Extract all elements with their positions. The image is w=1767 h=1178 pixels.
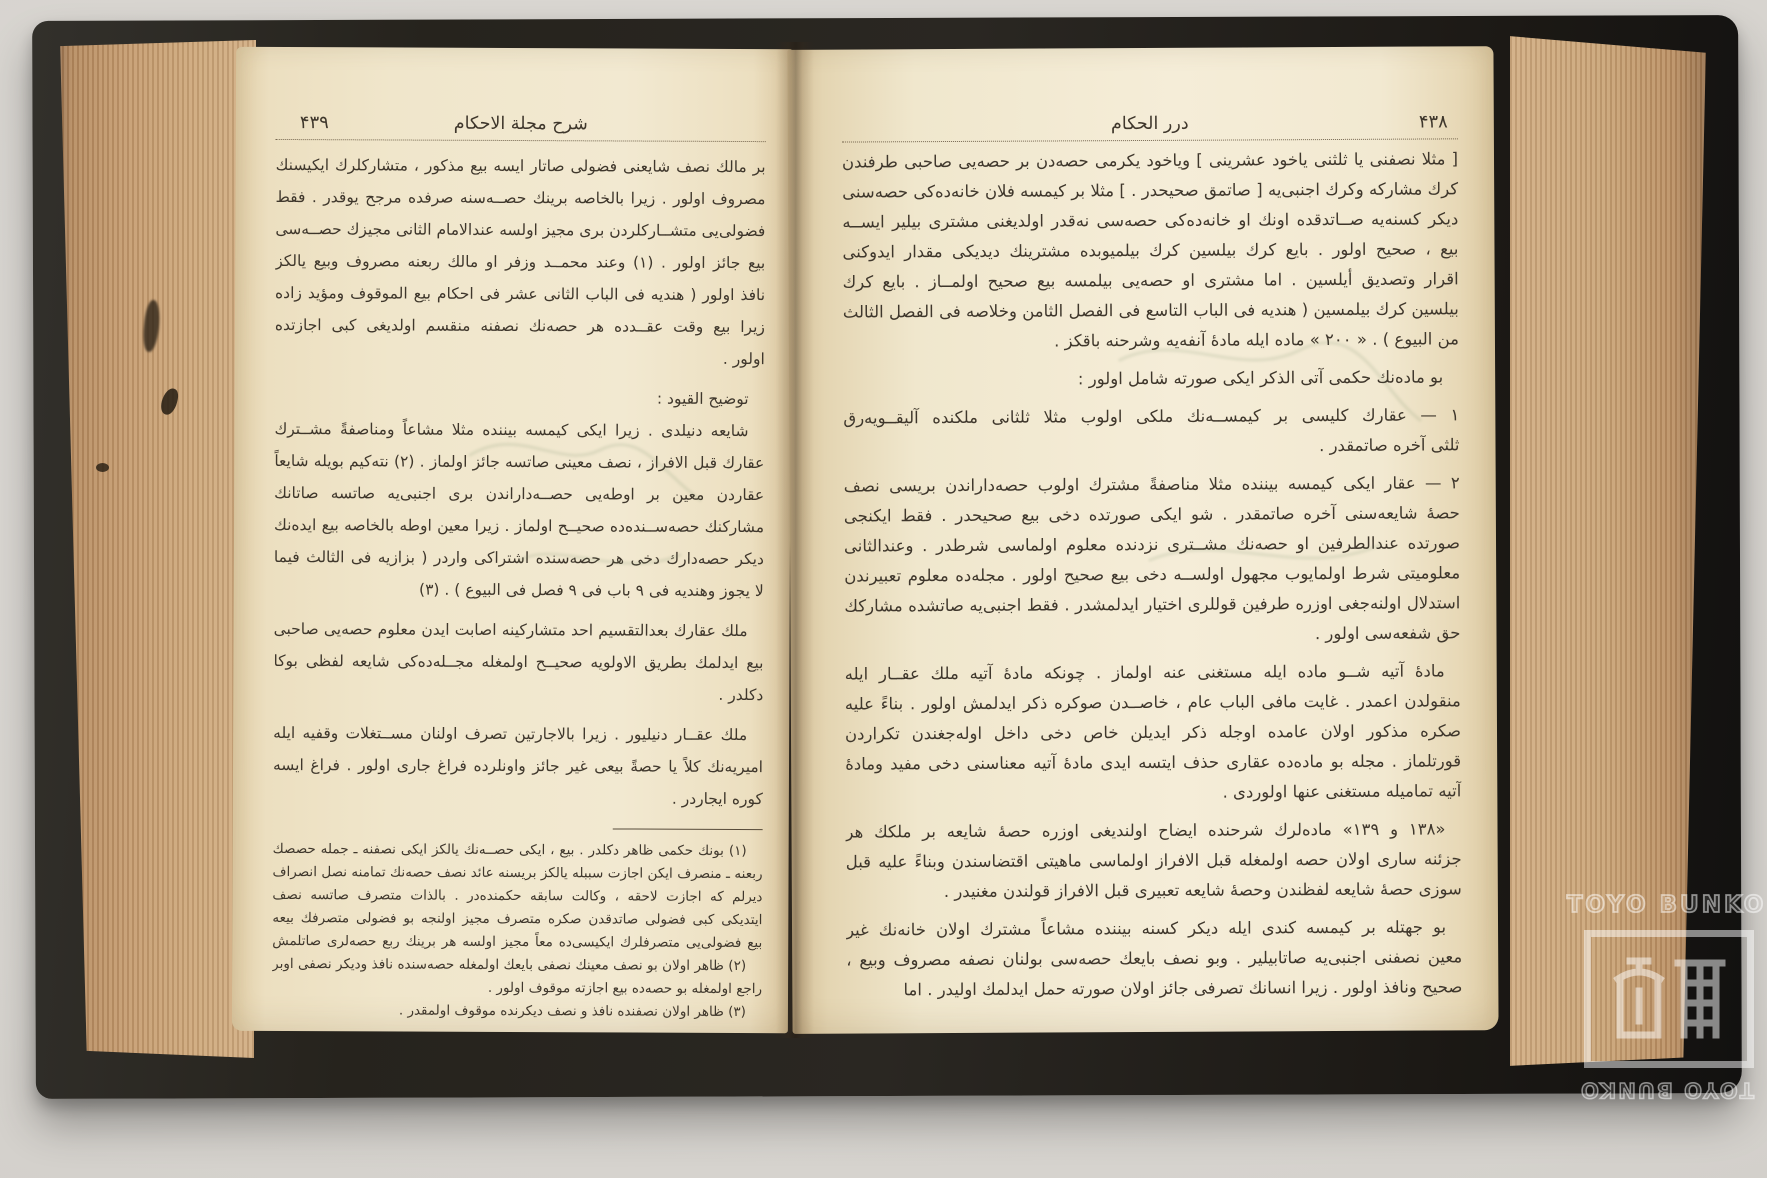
text-line: بر مالك نصف شايعنى فضولى صاتار ايسه بيع … — [276, 149, 766, 183]
text-line: ٢ — عقار ايكى كيمسه بيننده مثلا مناصفةً … — [844, 468, 1460, 501]
text-line: كوره ايجاردر . — [273, 781, 763, 815]
text-line: ديكر حصه‌دارك دخى هر حصه‌سنده اشتراكى وا… — [274, 541, 764, 575]
text-line: ديكر كسنه‌يه صــاتدقده اونك او خانه‌ده‌ك… — [842, 204, 1458, 237]
text-line: من البيوع ) . « ٢٠٠ » ماده ايله مادهٔ آن… — [843, 324, 1459, 357]
paragraph: ملك عقــار دنيليور . زيرا بالاجارتين تصر… — [273, 717, 763, 815]
text-line: بيع ايدلمك بطريق الاولويه صحيــح اولمغله… — [273, 645, 763, 679]
paragraph: (٣) ظاهر اولان نصفنده نافذ و نصف ديكرنده… — [272, 999, 762, 1024]
text-line: بيلسين كرك بيلمسين ( هنديه فى الباب التا… — [843, 294, 1459, 327]
text-line: بيع فضولى‌يى متصرفلرك ايكيسى‌ده معاً مجي… — [272, 930, 762, 955]
text-line: سوزى حصهٔ شايعه لفظندن وحصهٔ شايعه تعبير… — [846, 874, 1462, 907]
right-page: درر الحكام ۴۳۸ [ مثلا نصفنى يا ثلثنى ياخ… — [787, 46, 1498, 1034]
page-body-text: [ مثلا نصفنى يا ثلثنى ياخود عشرينى ] ويا… — [842, 144, 1462, 1005]
text-line: توضيح القيود : — [275, 381, 765, 415]
paragraph: «١٣٨ و ١٣٩» ماده‌لرك شرحنده ايضاح اولندي… — [845, 814, 1461, 907]
text-line: منقولدن اعمدر . غايت مافى الباب عام ، خا… — [845, 686, 1461, 719]
text-line: حق شفعه‌سى اولور . — [844, 618, 1460, 651]
page-number: ۴۳۹ — [300, 112, 329, 133]
paragraph: [ مثلا نصفنى يا ثلثنى ياخود عشرينى ] ويا… — [842, 144, 1459, 357]
text-line: زيرا بيع وقت عقــدده هر حصه‌نك نصفنه منق… — [275, 309, 765, 343]
paragraph: توضيح القيود : — [275, 381, 765, 415]
paragraph: مادهٔ آتيه شــو ماده ايله مستغنى عنه اول… — [845, 656, 1462, 809]
text-line: مشاركنك حصه‌ســنده‌ده صحيــح اولماز . زي… — [274, 509, 764, 543]
text-line: كرك مشاركه وكرك اجنبى‌يه [ صاتمق صحيحدر … — [842, 174, 1458, 207]
paragraph: بو جهتله بر كيمسه كندى ايله ديكر كسنه بي… — [846, 912, 1462, 1005]
text-line: بيع ، صحيح اولور . بايع كرك بيلسين كرك ب… — [842, 234, 1458, 267]
text-line: (١) بونك حكمى ظاهر دكلدر . بيع ، ايكى حص… — [273, 838, 763, 863]
page-body-text: بر مالك نصف شايعنى فضولى صاتار ايسه بيع … — [272, 149, 766, 1024]
text-line: صحيح ونافذ اولور . زيرا انسانك تصرفى جائ… — [846, 972, 1462, 1005]
text-line: عقارك قبل الافراز ، نصف معينى صاتسه جائز… — [274, 445, 764, 479]
left-page: شرح مجلة الاحكام ۴۳۹ بر مالك نصف شايعنى … — [232, 47, 792, 1033]
paragraph: (١) بونك حكمى ظاهر دكلدر . بيع ، ايكى حص… — [272, 838, 762, 955]
page-edges-right — [1510, 32, 1714, 1070]
text-line: آتيه تماميله مستغنى عنها اولوردى . — [845, 776, 1461, 809]
text-line: ربعنه ـ منصرف ايكن اجازت سببله يالكز بري… — [272, 861, 762, 886]
page-title: شرح مجلة الاحكام — [276, 113, 766, 135]
text-line: مادهٔ آتيه شــو ماده ايله مستغنى عنه اول… — [845, 656, 1461, 689]
main-text: [ مثلا نصفنى يا ثلثنى ياخود عشرينى ] ويا… — [842, 144, 1462, 1005]
paragraph: شايعه دنيلدى . زيرا ايكى كيمسه بيننده مث… — [274, 413, 765, 607]
main-text: بر مالك نصف شايعنى فضولى صاتار ايسه بيع … — [273, 149, 766, 815]
text-line: بيع جائز اولور . (١) وعند محمــد وزفر او… — [275, 245, 765, 279]
text-line: «١٣٨ و ١٣٩» ماده‌لرك شرحنده ايضاح اولندي… — [845, 814, 1461, 847]
text-line: اقرار وتصديق أيلسين . اما مشترى او حصه‌ي… — [843, 264, 1459, 297]
book: شرح مجلة الاحكام ۴۳۹ بر مالك نصف شايعنى … — [34, 18, 1740, 1096]
paragraph: (٢) ظاهر اولان بو نصف معينك نصفى بايعك ا… — [272, 953, 762, 1001]
page-title: درر الحكام — [842, 112, 1458, 135]
footnotes: (١) بونك حكمى ظاهر دكلدر . بيع ، ايكى حص… — [272, 838, 763, 1024]
text-line: اميريه‌نك كلاً يا حصةً بيعى غير جائز واو… — [273, 749, 763, 783]
text-line: نافذ اولور ( هنديه فى الباب الثانى عشر ف… — [275, 277, 765, 311]
text-line: فضولى‌يى متشــاركلردن برى مجيز اولسه عند… — [275, 213, 765, 247]
paragraph: بر مالك نصف شايعنى فضولى صاتار ايسه بيع … — [275, 149, 766, 375]
text-line: مصروف اولور . زيرا بالخاصه برينك حصــه‌س… — [275, 181, 765, 215]
paragraph: ٢ — عقار ايكى كيمسه بيننده مثلا مناصفةً … — [844, 468, 1461, 651]
paragraph: بو ماده‌نك حكمى آتى الذكر ايكى صورته شام… — [843, 362, 1459, 395]
text-line: ثلثى آخره صاتمقدر . — [843, 430, 1459, 463]
paragraph: ١ — عقارك كليسى بر كيمســه‌نك ملكى اولوب… — [843, 400, 1459, 463]
footnote-divider — [613, 828, 763, 830]
text-line: ايتديكى كبى فضولى صاتدقدن صكره متصرف مجي… — [272, 907, 762, 932]
text-line: ملك عقــار دنيليور . زيرا بالاجارتين تصر… — [273, 717, 763, 751]
text-line: بو جهتله بر كيمسه كندى ايله ديكر كسنه بي… — [846, 912, 1462, 945]
text-line: معين نصفنى اجنبى‌يه صاتابيلير . وبو نصف … — [846, 942, 1462, 975]
text-line: حصهٔ شايعه‌سنى آخره صاتمقدر . شو ايكى صو… — [844, 498, 1460, 531]
text-line: ١ — عقارك كليسى بر كيمســه‌نك ملكى اولوب… — [843, 400, 1459, 433]
text-line: لا يجوز وهنديه فى ٩ باب فى ٩ فصل فى البي… — [274, 573, 764, 607]
text-line: استدلال اولنه‌جغى اوزره طرفين قوللرى اخت… — [844, 588, 1460, 621]
text-line: عقاردن معين بر اوطه‌يى حصــه‌داراندن برى… — [274, 477, 764, 511]
text-line: معلوميتى شرط اولمايوب مجهول اولســه دخى … — [844, 558, 1460, 591]
text-line: صكره مذكور اولان عامده اوجله ذكر ايديلن … — [845, 716, 1461, 749]
text-line: اولور . — [275, 341, 765, 375]
text-line: قورتلماز . مجله بو ماده‌ده عقارى حذف ايت… — [845, 746, 1461, 779]
text-line: (٣) ظاهر اولان نصفنده نافذ و نصف ديكرنده… — [272, 999, 762, 1024]
page-header: شرح مجلة الاحكام ۴۳۹ — [276, 101, 766, 142]
text-line: بو ماده‌نك حكمى آتى الذكر ايكى صورته شام… — [843, 362, 1459, 395]
text-line: راجع اولمغله بو حصه‌ده بيع اجازته موقوف … — [272, 976, 762, 1001]
photo-background: شرح مجلة الاحكام ۴۳۹ بر مالك نصف شايعنى … — [0, 0, 1767, 1178]
page-header: درر الحكام ۴۳۸ — [842, 100, 1458, 142]
text-line: صورتده عندالطرفين او حصه‌نك مشــترى نزدن… — [844, 528, 1460, 561]
text-line: دكلدر . — [273, 677, 763, 711]
text-line: ديرلم كه اجازت لاحقه ، وكالت سابقه حكمند… — [272, 884, 762, 909]
page-number: ۴۳۸ — [1419, 111, 1448, 132]
text-line: شايعه دنيلدى . زيرا ايكى كيمسه بيننده مث… — [274, 413, 764, 447]
text-line: (٢) ظاهر اولان بو نصف معينك نصفى بايعك ا… — [272, 953, 762, 978]
text-line: جزئنه سارى اولان حصه اولمغله قبل الافراز… — [846, 844, 1462, 877]
paragraph: ملك عقارك بعدالتقسيم احد متشاركينه اصابت… — [273, 613, 763, 711]
text-line: ملك عقارك بعدالتقسيم احد متشاركينه اصابت… — [274, 613, 764, 647]
text-line: [ مثلا نصفنى يا ثلثنى ياخود عشرينى ] ويا… — [842, 144, 1458, 177]
